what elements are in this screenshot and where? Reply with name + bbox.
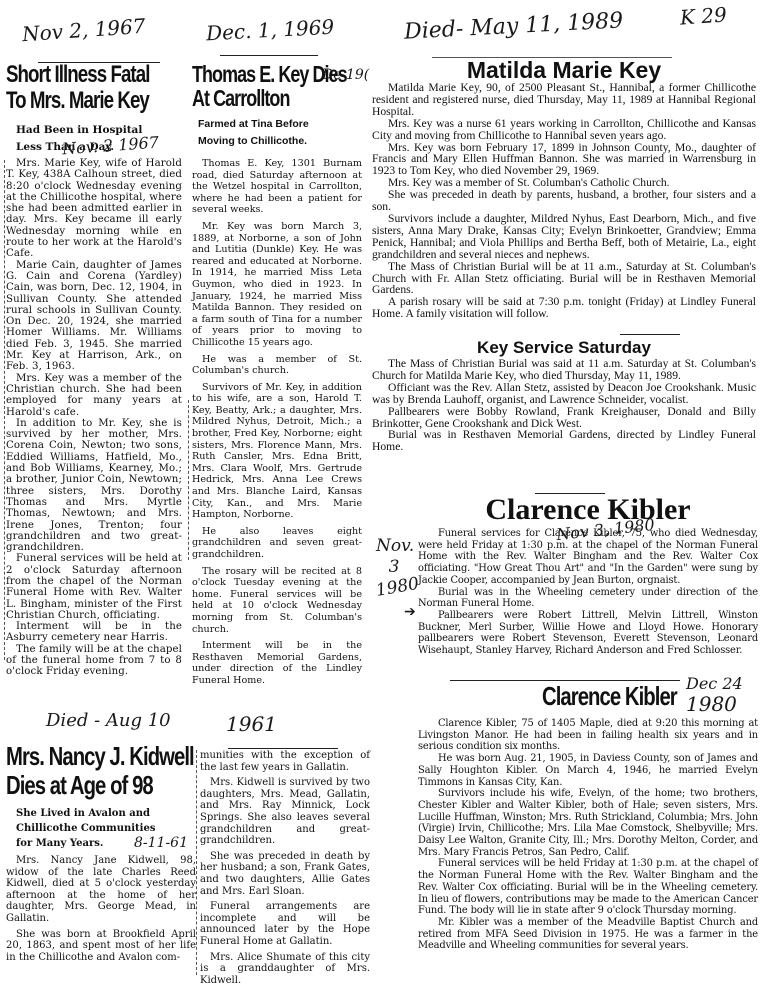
clipping-kibler-obit: Clarence Kibler Dec 24 1980 Clarence Kib… (418, 680, 758, 952)
paragraph: Mrs. Kidwell is survived by two daughter… (200, 777, 370, 847)
article-body: Funeral services for Clarence Kibler, 75… (418, 528, 758, 657)
paragraph: He was a member of St. Columban's church… (192, 354, 362, 377)
paragraph: In addition to Mr. Key, she is survived … (6, 418, 182, 554)
headline-line-2: Dies at Age of 98 (6, 771, 154, 800)
column-edge (196, 750, 198, 975)
paragraph: Mrs. Key was a nurse 61 years working in… (372, 118, 756, 142)
subheadline-line-1: Farmed at Tina Before (198, 116, 362, 133)
handwritten-died-1989: Died- May 11, 1989 (403, 8, 623, 44)
subheadline: Farmed at Tina Before Moving to Chillico… (198, 116, 362, 150)
paragraph: Mrs. Key was a member of the Christian c… (6, 373, 182, 418)
paragraph: The Mass of Christian Burial was said at… (372, 358, 756, 382)
article-body: The Mass of Christian Burial was said at… (372, 358, 756, 453)
handwritten-date-1967: Nov 2, 1967 (21, 14, 146, 47)
paragraph: Burial was in the Wheeling cemetery unde… (418, 587, 758, 610)
article-body-right: munities with the exception of the last … (200, 750, 370, 985)
column-edge (188, 400, 190, 560)
paragraph: Mrs. Alice Shumate of this city is a gra… (200, 952, 370, 985)
subheadline: She Lived in Avalon and Chillicothe Comm… (16, 806, 196, 851)
paragraph: Mr. Key was born March 3, 1889, at Norbo… (192, 221, 362, 349)
subheadline-line-2: Moving to Chillicothe. (198, 133, 362, 150)
subheadline-line-1: She Lived in Avalon and (16, 806, 196, 821)
headline-line-2: At Carrollton (192, 86, 325, 110)
paragraph: Thomas E. Key, 1301 Burnam road, died Sa… (192, 158, 362, 216)
article-body-left: Mrs. Nancy Jane Kidwell, 98, widow of th… (6, 855, 196, 963)
paragraph: Pallbearers were Robert Littrell, Melvin… (418, 610, 758, 657)
handwritten-margin-month: Nov. (376, 536, 412, 557)
subheadline-line-2: Chillicothe Communities (16, 821, 196, 836)
handwritten-date-8-11-61: 8-11-61 (134, 836, 188, 851)
headline-line-2: To Mrs. Marie Key (6, 88, 143, 114)
headline-line-1: Mrs. Nancy J. Kidwell (6, 742, 154, 771)
arrow-icon: ➔ (404, 604, 416, 620)
clipping-matilda-key: Matilda Marie Key Matilda Marie Key, 90,… (372, 58, 756, 320)
handwritten-month: Dec 24 (686, 674, 743, 694)
paragraph: Funeral services will be held Friday at … (418, 858, 758, 917)
paragraph: Mr. Kibler was a member of the Meadville… (418, 917, 758, 952)
paragraph: He was born Aug. 21, 1905, in Daviess Co… (418, 753, 758, 788)
handwritten-died-aug10: Died - Aug 10 (46, 710, 171, 731)
paragraph: She was born at Brookfield April 20, 186… (6, 929, 196, 964)
paragraph: Funeral arrangements are incomplete and … (200, 901, 370, 947)
divider-line (220, 55, 318, 56)
clipping-kidwell-continued: munities with the exception of the last … (200, 750, 370, 985)
paragraph: The rosary will be recited at 8 o'clock … (192, 566, 362, 636)
headline-line-1: Thomas E. Key Dies (192, 62, 325, 86)
headline: Key Service Saturday (372, 338, 756, 358)
divider-line (228, 748, 338, 749)
paragraph: He also leaves eight grandchildren and s… (192, 526, 362, 561)
paragraph: munities with the exception of the last … (200, 750, 370, 773)
article-body: Thomas E. Key, 1301 Burnam road, died Sa… (192, 158, 362, 687)
paragraph: She was preceded in death by her husband… (200, 851, 370, 897)
clipping-key-service: Key Service Saturday The Mass of Christi… (372, 338, 756, 453)
handwritten-year: 1980 (686, 694, 743, 714)
article-body: Clarence Kibler, 75 of 1405 Maple, died … (418, 718, 758, 952)
clipping-thomas-key: Thomas E. Key Dies At Carrollton Farmed … (192, 62, 362, 692)
headline: Matilda Marie Key (372, 58, 756, 82)
paragraph: A parish rosary will be said at 7:30 p.m… (372, 296, 756, 320)
clipping-kibler-funeral: Clarence Kibler Nov 3, 1980 Funeral serv… (418, 494, 758, 657)
paragraph: Officiant was the Rev. Allan Stetz, assi… (372, 382, 756, 406)
article-body: Mrs. Marie Key, wife of Harold T. Key, 4… (6, 158, 182, 678)
subheadline: Had Been in Hospital Less Than a Day. No… (16, 122, 182, 156)
subheadline-line-3: for Many Years. (16, 838, 103, 849)
paragraph: Funeral services will be held at 2 o'clo… (6, 553, 182, 621)
column-edge (4, 160, 6, 660)
headline: Clarence Kibler (542, 680, 677, 712)
paragraph: Clarence Kibler, 75 of 1405 Maple, died … (418, 718, 758, 753)
paragraph: Burial was in Resthaven Memorial Gardens… (372, 429, 756, 453)
clipping-kidwell: Mrs. Nancy J. Kidwell Dies at Age of 98 … (6, 742, 196, 967)
handwritten-ref-k29: K 29 (679, 2, 727, 29)
paragraph: Survivors include his wife, Evelyn, of t… (418, 788, 758, 858)
paragraph: The family will be at the chapel of the … (6, 644, 182, 678)
handwritten-date-dec24: Dec 24 1980 (686, 674, 743, 714)
paragraph: Mrs. Key was born February 17, 1899 in J… (372, 142, 756, 178)
paragraph: Survivors include a daughter, Mildred Ny… (372, 213, 756, 261)
divider-line (620, 334, 680, 335)
paragraph: Survivors of Mr. Key, in addition to his… (192, 382, 362, 521)
paragraph: Marie Cain, daughter of James G. Cain an… (6, 260, 182, 373)
handwritten-year-1961: 1961 (226, 712, 277, 736)
paragraph: Pallbearers were Bobby Rowland, Frank Kr… (372, 406, 756, 430)
paragraph: She was preceded in death by parents, hu… (372, 189, 756, 213)
handwritten-margin-year: 1980 (374, 575, 413, 602)
paragraph: Matilda Marie Key, 90, of 2500 Pleasant … (372, 82, 756, 118)
article-body: Matilda Marie Key, 90, of 2500 Pleasant … (372, 82, 756, 320)
paragraph: Mrs. Marie Key, wife of Harold T. Key, 4… (6, 158, 182, 260)
paragraph: Mrs. Nancy Jane Kidwell, 98, widow of th… (6, 855, 196, 925)
headline-line-1: Short Illness Fatal (6, 62, 143, 88)
paragraph: Interment will be in the Resthaven Memor… (192, 640, 362, 686)
handwritten-date-1969: Dec. 1, 1969 (205, 15, 334, 46)
paragraph: Interment will be in the Asburry cemeter… (6, 621, 182, 644)
handwritten-margin-date: Nov. 3 1980 (376, 536, 412, 599)
clipping-marie-key: Short Illness Fatal To Mrs. Marie Key Ha… (6, 62, 182, 678)
paragraph: The Mass of Christian Burial will be at … (372, 261, 756, 297)
